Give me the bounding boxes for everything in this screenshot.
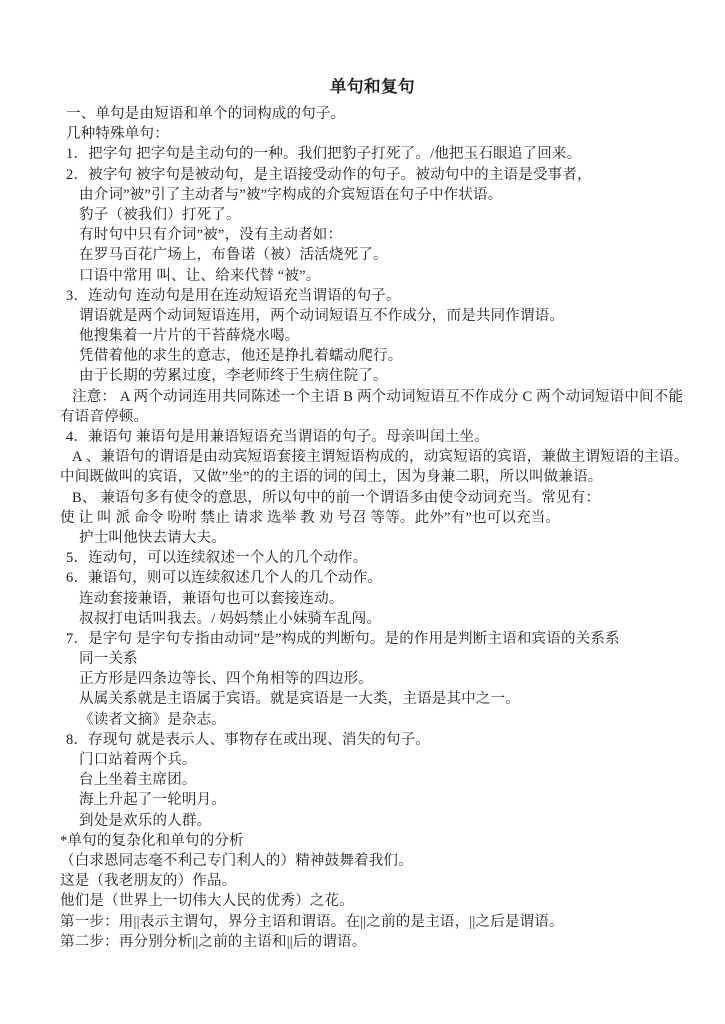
document-page: 单句和复句 一、单句是由短语和单个的词构成的句子。几种特殊单句：1．把字句 把字… (0, 0, 725, 1024)
text-line: 他搜集着一片片的干苔薛烧水喝。 (79, 326, 685, 346)
text-line: *单句的复杂化和单句的分析 (60, 831, 685, 851)
document-body: 一、单句是由短语和单个的词构成的句子。几种特殊单句：1．把字句 把字句是主动句的… (60, 104, 685, 952)
text-line: 2．被字句 被字句是被动句，是主语接受动作的句子。被动句中的主语是受事者， (66, 165, 685, 185)
text-line: 谓语就是两个动词短语连用，两个动词短语互不作成分，而是共同作谓语。 (79, 306, 685, 326)
text-line: 中间既做叫的宾语，又做”坐”的的主语的词的闰土，因为身兼二职，所以叫做兼语。 (60, 467, 685, 487)
text-line: 由介词”被”引了主动者与”被”字构成的介宾短语在句子中作状语。 (79, 185, 685, 205)
text-line: 正方形是四条边等长、四个角相等的四边形。 (79, 669, 685, 689)
text-line: 从属关系就是主语属于宾语。就是宾语是一大类，主语是其中之一。 (79, 689, 685, 709)
text-line: （白求恩同志毫不利己专门利人的）精神鼓舞着我们。 (60, 851, 685, 871)
text-line: 门口站着两个兵。 (79, 750, 685, 770)
text-line: 有语音停顿。 (60, 407, 685, 427)
text-line: 凭借着他的求生的意志，他还是挣扎着蠕动爬行。 (79, 346, 685, 366)
text-line: 连动套接兼语，兼语句也可以套接连动。 (79, 589, 685, 609)
text-line: 8．存现句 就是表示人、事物存在或出现、消失的句子。 (66, 730, 685, 750)
text-line: 在罗马百花广场上，布鲁诺（被）活活烧死了。 (79, 245, 685, 265)
text-line: 由于长期的劳累过度，李老师终于生病住院了。 (79, 366, 685, 386)
text-line: 一、单句是由短语和单个的词构成的句子。 (66, 104, 685, 124)
text-line: 6．兼语句，则可以连续叙述几个人的几个动作。 (66, 568, 685, 588)
text-line: 第二步：再分别分析||之前的主语和||后的谓语。 (60, 932, 685, 952)
text-line: 他们是（世界上一切伟大人民的优秀）之花。 (60, 891, 685, 911)
text-line: 7．是字句 是字句专指由动词”是”构成的判断句。是的作用是判断主语和宾语的关系系 (66, 629, 685, 649)
text-line: 第一步：用||表示主谓句，界分主语和谓语。在||之前的是主语，||之后是谓语。 (60, 912, 685, 932)
text-line: 4．兼语句 兼语句是用兼语短语充当谓语的句子。母亲叫闰土坐。 (66, 427, 685, 447)
text-line: 《读者文摘》是杂志。 (79, 710, 685, 730)
text-line: 注意： A 两个动词连用共同陈述一个主语 B 两个动词短语互不作成分 C 两个动… (72, 387, 685, 407)
text-line: 护士叫他快去请大夫。 (79, 528, 685, 548)
document-title: 单句和复句 (60, 76, 685, 104)
text-line: A 、兼语句的谓语是由动宾短语套接主谓短语构成的，动宾短语的宾语，兼做主谓短语的… (72, 447, 685, 467)
text-line: 5．连动句，可以连续叙述一个人的几个动作。 (66, 548, 685, 568)
text-line: 3．连动句 连动句是用在连动短语充当谓语的句子。 (66, 286, 685, 306)
text-line: 海上升起了一轮明月。 (79, 790, 685, 810)
text-line: 口语中常用 叫、让、给来代替 “被”。 (79, 266, 685, 286)
text-line: 叔叔打电话叫我去。/ 妈妈禁止小妹骑车乱闯。 (79, 609, 685, 629)
text-line: 使 让 叫 派 命令 吩咐 禁止 请求 选举 教 劝 号召 等等。此外”有”也可… (60, 508, 685, 528)
text-line: 有时句中只有介词”被”，没有主动者如： (79, 225, 685, 245)
text-line: 几种特殊单句： (66, 124, 685, 144)
text-line: B、 兼语句多有使令的意思，所以句中的前一个谓语多由使令动词充当。常见有： (72, 488, 685, 508)
text-line: 这是（我老朋友的）作品。 (60, 871, 685, 891)
document-content: 单句和复句 一、单句是由短语和单个的词构成的句子。几种特殊单句：1．把字句 把字… (60, 76, 685, 952)
text-line: 台上坐着主席团。 (79, 770, 685, 790)
text-line: 1．把字句 把字句是主动句的一种。我们把豹子打死了。/他把玉石眼追了回来。 (66, 144, 685, 164)
text-line: 同一关系 (79, 649, 685, 669)
text-line: 豹子（被我们）打死了。 (79, 205, 685, 225)
text-line: 到处是欢乐的人群。 (79, 811, 685, 831)
